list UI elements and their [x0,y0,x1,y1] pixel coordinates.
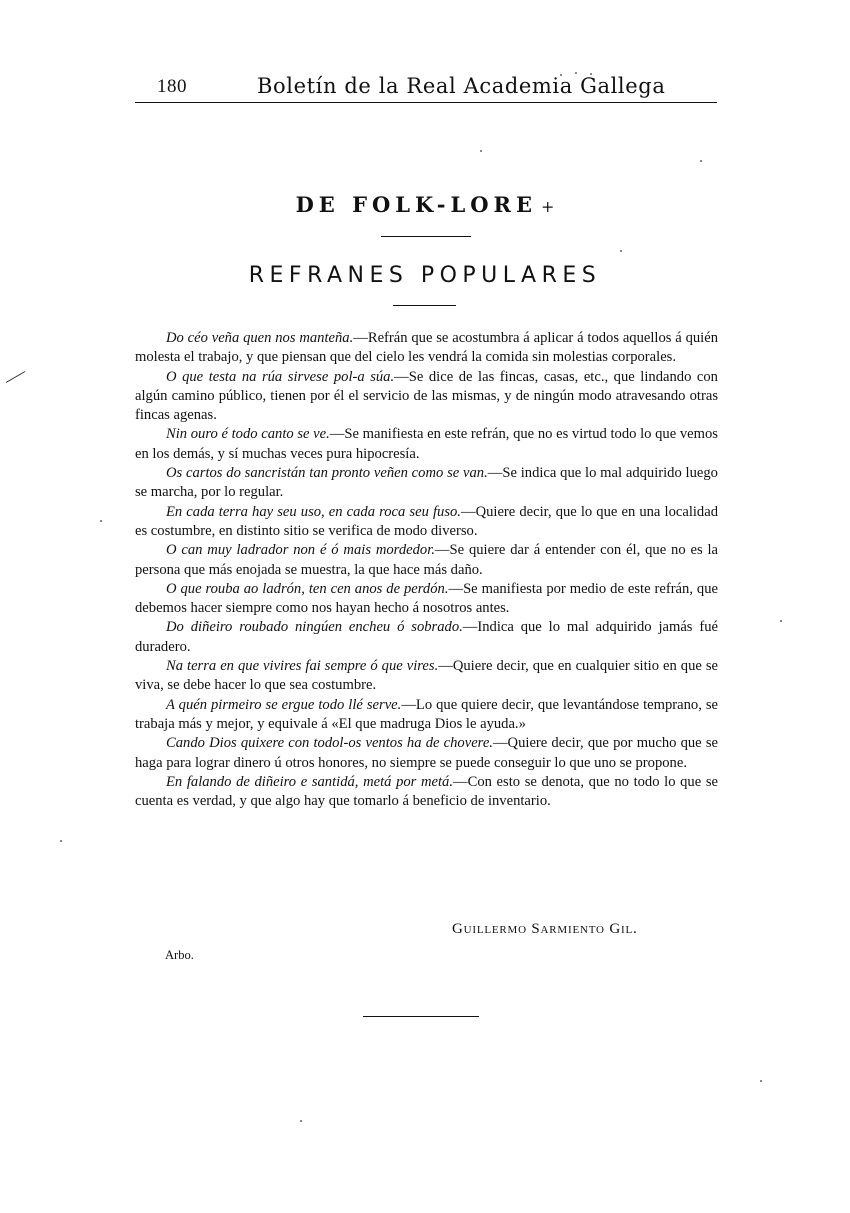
document-page: 180 Boletín de la Real Academia Gallega … [0,0,850,1213]
scan-speck [300,1120,302,1122]
proverb-entry: En falando de diñeiro e santidá, metá po… [135,773,718,812]
scan-speck [60,840,62,842]
proverb-saying: Do diñeiro roubado ningúen encheu ó sobr… [166,619,463,635]
article-subtitle: REFRANES POPULARES [0,263,850,288]
proverb-entry: Do diñeiro roubado ningúen encheu ó sobr… [135,618,718,657]
page-number: 180 [157,76,187,98]
scan-speck [780,620,782,622]
proverb-saying: O can muy ladrador non é ó mais mordedor… [166,542,435,558]
proverbs-list: Do céo veña quen nos manteña.—Refrán que… [135,329,718,811]
proverb-saying: Na terra en que vivires fai sempre ó que… [166,658,438,674]
section-title: DE FOLK-LORE+ [0,192,850,217]
proverb-saying: O que testa na rúa sirvese pol-a súa. [166,369,394,385]
proverb-saying: Do céo veña quen nos manteña. [166,330,353,346]
section-title-mark: + [541,197,554,216]
proverb-entry: Nin ouro é todo canto se ve.—Se manifies… [135,425,718,464]
scan-speck [575,72,577,74]
margin-pencil-mark [6,371,26,383]
scan-speck [590,73,592,75]
proverb-entry: A quén pirmeiro se ergue todo llé serve.… [135,696,718,735]
proverb-saying: O que rouba ao ladrón, ten cen anos de p… [166,581,448,597]
proverb-entry: O que rouba ao ladrón, ten cen anos de p… [135,580,718,619]
section-title-text: DE FOLK-LORE [296,192,537,217]
proverb-entry: Cando Dios quixere con todol-os ventos h… [135,734,718,773]
proverb-entry: Na terra en que vivires fai sempre ó que… [135,657,718,696]
scan-speck [560,74,562,76]
proverb-entry: O can muy ladrador non é ó mais mordedor… [135,541,718,580]
header-rule [135,102,717,103]
proverb-saying: A quén pirmeiro se ergue todo llé serve. [166,697,401,713]
scan-speck [700,160,702,162]
proverb-saying: Nin ouro é todo canto se ve. [166,426,330,442]
scan-speck [480,150,482,152]
end-rule [363,1016,479,1017]
subtitle-divider [393,305,456,306]
scan-speck [760,1080,762,1082]
proverb-saying: Os cartos do sancristán tan pronto veñen… [166,465,488,481]
scan-speck [620,250,622,252]
running-header: 180 Boletín de la Real Academia Gallega [135,70,717,102]
title-divider [381,236,471,237]
proverb-saying: En cada terra hay seu uso, en cada roca … [166,504,461,520]
proverb-entry: O que testa na rúa sirvese pol-a súa.—Se… [135,368,718,426]
author-signature: Guillermo Sarmiento Gil. [452,921,638,938]
proverb-entry: En cada terra hay seu uso, en cada roca … [135,503,718,542]
proverb-saying: Cando Dios quixere con todol-os ventos h… [166,735,493,751]
proverb-saying: En falando de diñeiro e santidá, metá po… [166,774,453,790]
scan-speck [100,520,102,522]
place-name: Arbo. [165,948,194,963]
journal-title: Boletín de la Real Academia Gallega [257,74,665,98]
proverb-entry: Do céo veña quen nos manteña.—Refrán que… [135,329,718,368]
proverb-entry: Os cartos do sancristán tan pronto veñen… [135,464,718,503]
